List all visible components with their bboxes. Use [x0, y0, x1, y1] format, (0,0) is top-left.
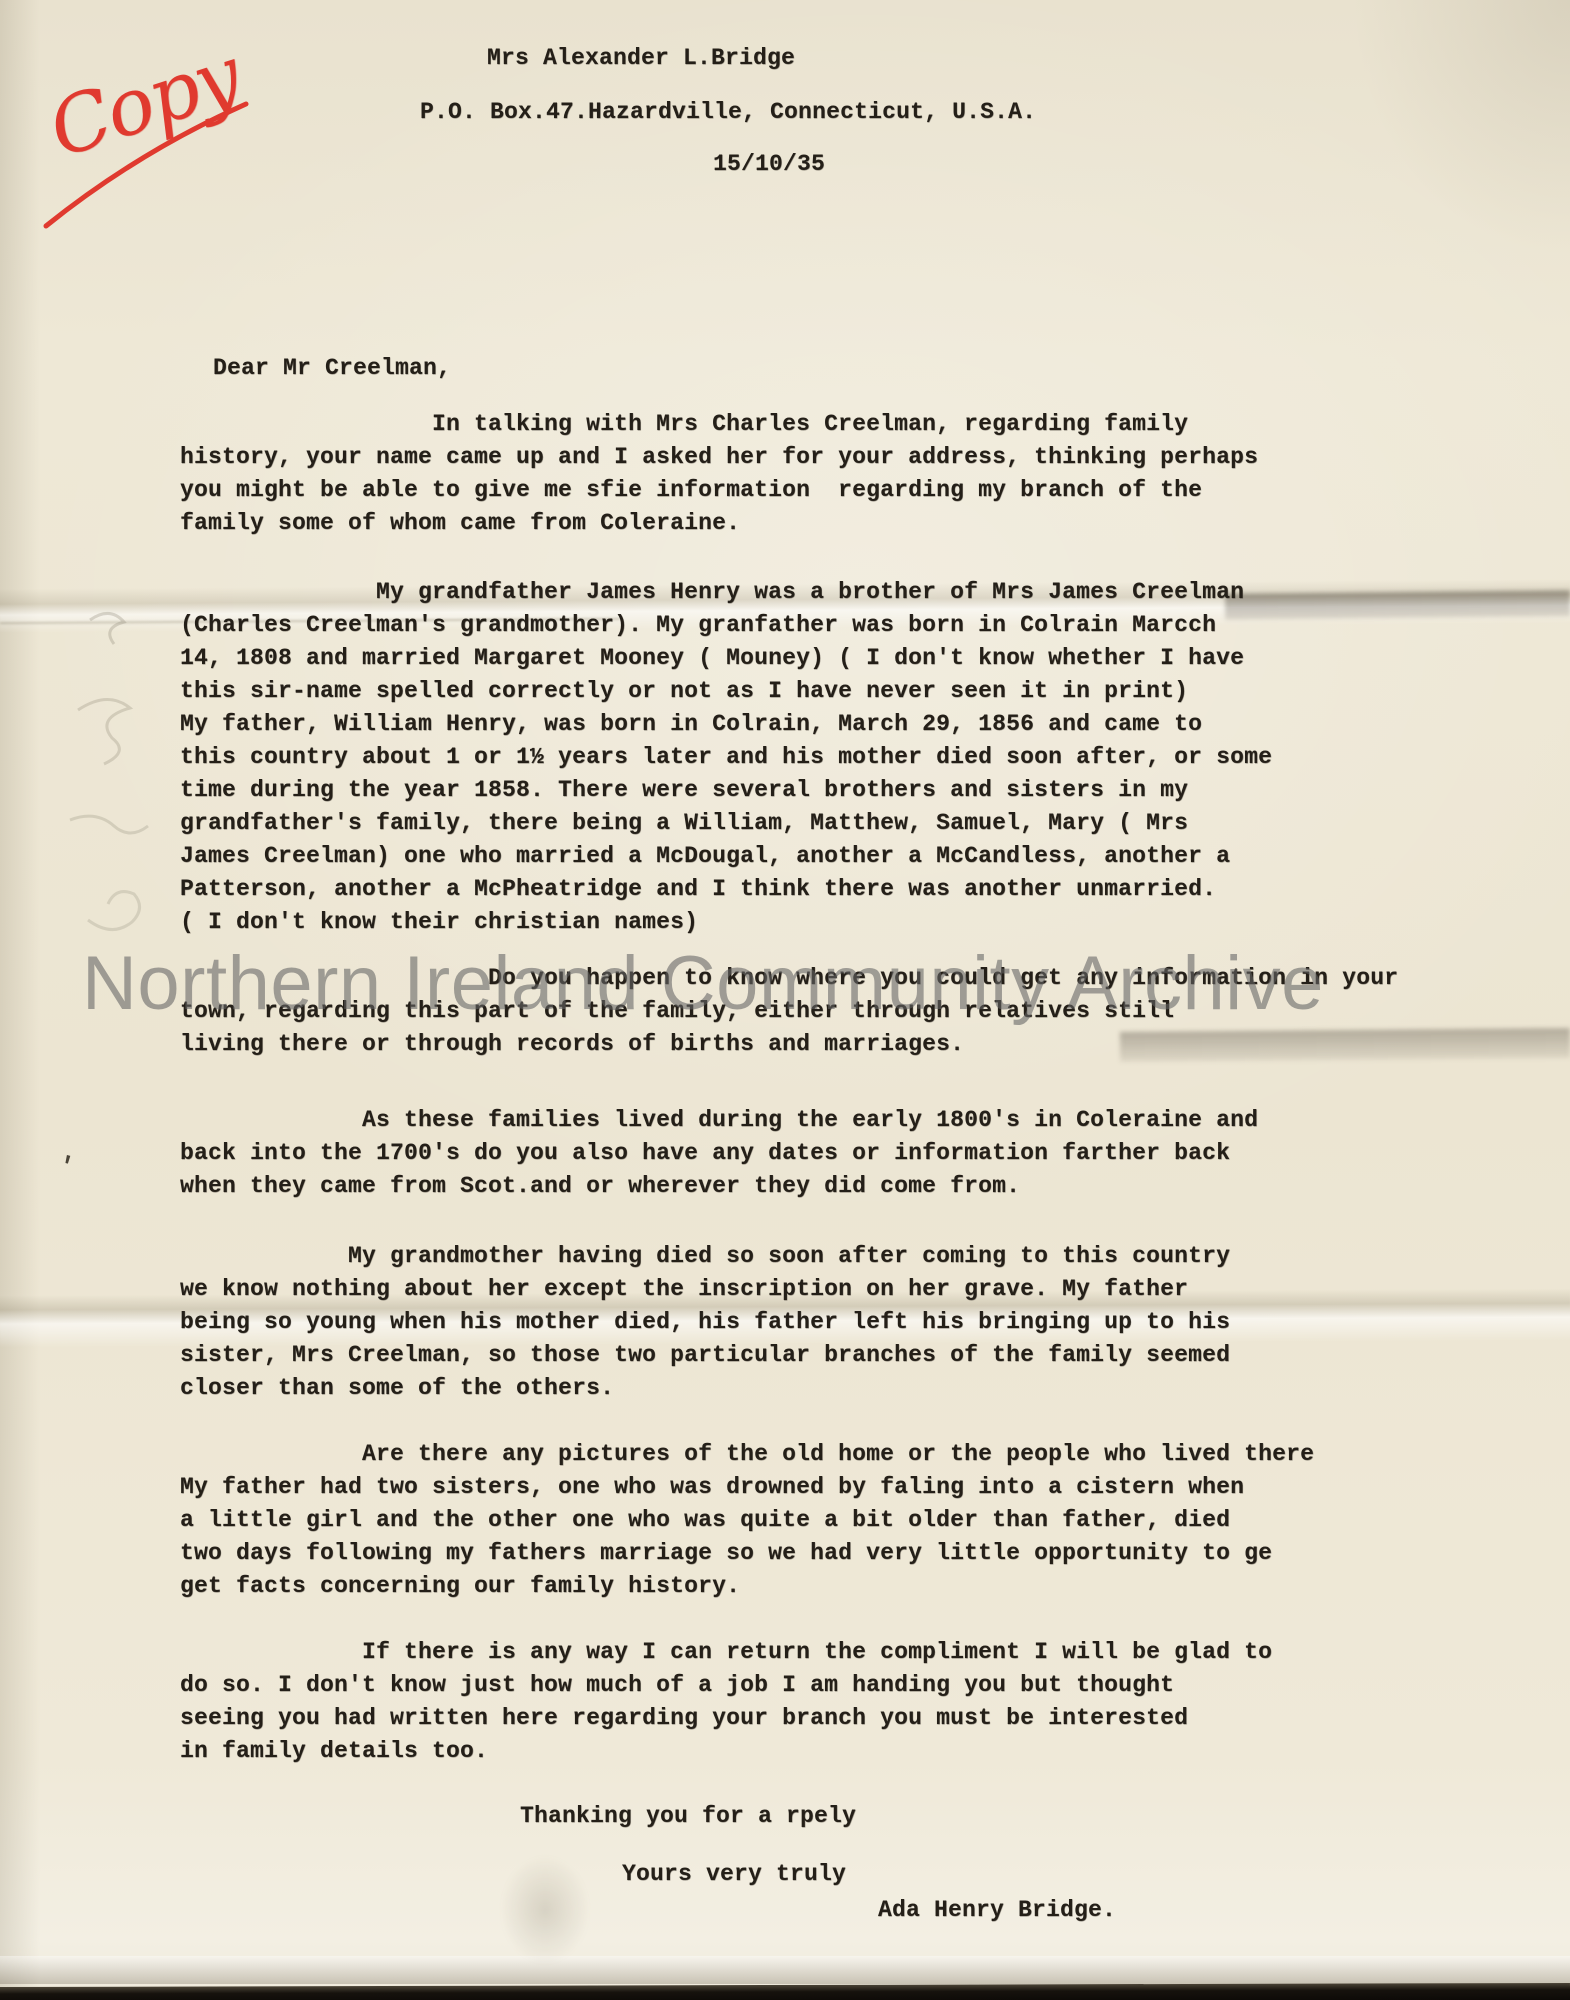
letter-line: As these families lived during the early… [180, 1104, 1258, 1137]
ghost-bleedthrough-writing [30, 500, 190, 1060]
letter-thanks-line: Thanking you for a rpely [520, 1800, 856, 1833]
copy-annotation: Copy [18, 30, 278, 230]
letter-line: Do you happen to know where you could ge… [180, 962, 1398, 995]
letter-address: P.O. Box.47.Hazardville, Connecticut, U.… [420, 96, 1036, 129]
scanned-letter-page: ' Copy Mrs Alexander L.Bridge P.O. Box.4… [0, 0, 1570, 2000]
letter-line: closer than some of the others. [180, 1372, 1230, 1405]
letter-line: My father had two sisters, one who was d… [180, 1471, 1314, 1504]
fold-crease-upper-shadow [1225, 590, 1570, 620]
letter-paragraph-6: Are there any pictures of the old home o… [180, 1438, 1314, 1603]
letter-valediction: Yours very truly [622, 1858, 846, 1891]
paper-corner-shading [1350, 0, 1570, 260]
letter-line: this sir-name spelled correctly or not a… [180, 675, 1272, 708]
bottom-scan-band [0, 1956, 1570, 1984]
paper-smudge [500, 1855, 590, 1965]
copy-annotation-underline [18, 30, 278, 230]
letter-line: My grandfather James Henry was a brother… [180, 576, 1272, 609]
copy-annotation-text: Copy [39, 30, 250, 175]
letter-line: two days following my fathers marriage s… [180, 1537, 1314, 1570]
letter-paragraph-5: My grandmother having died so soon after… [180, 1240, 1230, 1405]
letter-line: In talking with Mrs Charles Creelman, re… [180, 408, 1258, 441]
letter-line: history, your name came up and I asked h… [180, 441, 1258, 474]
letter-line: grandfather's family, there being a Will… [180, 807, 1272, 840]
letter-line: in family details too. [180, 1735, 1272, 1768]
letter-line: you might be able to give me sfie inform… [180, 474, 1258, 507]
letter-line: town, regarding this part of the family,… [180, 995, 1398, 1028]
letter-line: do so. I don't know just how much of a j… [180, 1669, 1272, 1702]
margin-tick-mark: ' [55, 1151, 77, 1184]
letter-line: this country about 1 or 1½ years later a… [180, 741, 1272, 774]
letter-line: (Charles Creelman's grandmother). My gra… [180, 609, 1272, 642]
letter-line: seeing you had written here regarding yo… [180, 1702, 1272, 1735]
letter-line: we know nothing about her except the ins… [180, 1273, 1230, 1306]
letter-sender: Mrs Alexander L.Bridge [487, 42, 795, 75]
letter-date: 15/10/35 [713, 148, 825, 181]
letter-line: time during the year 1858. There were se… [180, 774, 1272, 807]
letter-paragraph-4: As these families lived during the early… [180, 1104, 1258, 1203]
letter-line: ( I don't know their christian names) [180, 906, 1272, 939]
letter-line: James Creelman) one who married a McDoug… [180, 840, 1272, 873]
letter-line: My grandmother having died so soon after… [180, 1240, 1230, 1273]
letter-paragraph-2: My grandfather James Henry was a brother… [180, 576, 1272, 939]
letter-line: get facts concerning our family history. [180, 1570, 1314, 1603]
letter-line: being so young when his mother died, his… [180, 1306, 1230, 1339]
bottom-scan-edge [0, 1983, 1570, 2000]
letter-line: back into the 1700's do you also have an… [180, 1137, 1258, 1170]
letter-line: living there or through records of birth… [180, 1028, 1398, 1061]
letter-line: Patterson, another a McPheatridge and I … [180, 873, 1272, 906]
letter-line: 14, 1808 and married Margaret Mooney ( M… [180, 642, 1272, 675]
letter-line: sister, Mrs Creelman, so those two parti… [180, 1339, 1230, 1372]
paper-edge-shading [0, 0, 40, 2000]
letter-line: Are there any pictures of the old home o… [180, 1438, 1314, 1471]
letter-line: family some of whom came from Coleraine. [180, 507, 1258, 540]
letter-paragraph-7: If there is any way I can return the com… [180, 1636, 1272, 1768]
letter-signature: Ada Henry Bridge. [878, 1894, 1116, 1927]
letter-line: If there is any way I can return the com… [180, 1636, 1272, 1669]
letter-paragraph-3: Do you happen to know where you could ge… [180, 962, 1398, 1061]
letter-line: a little girl and the other one who was … [180, 1504, 1314, 1537]
letter-salutation: Dear Mr Creelman, [213, 352, 451, 385]
letter-line: My father, William Henry, was born in Co… [180, 708, 1272, 741]
letter-paragraph-1: In talking with Mrs Charles Creelman, re… [180, 408, 1258, 540]
letter-line: when they came from Scot.and or wherever… [180, 1170, 1258, 1203]
